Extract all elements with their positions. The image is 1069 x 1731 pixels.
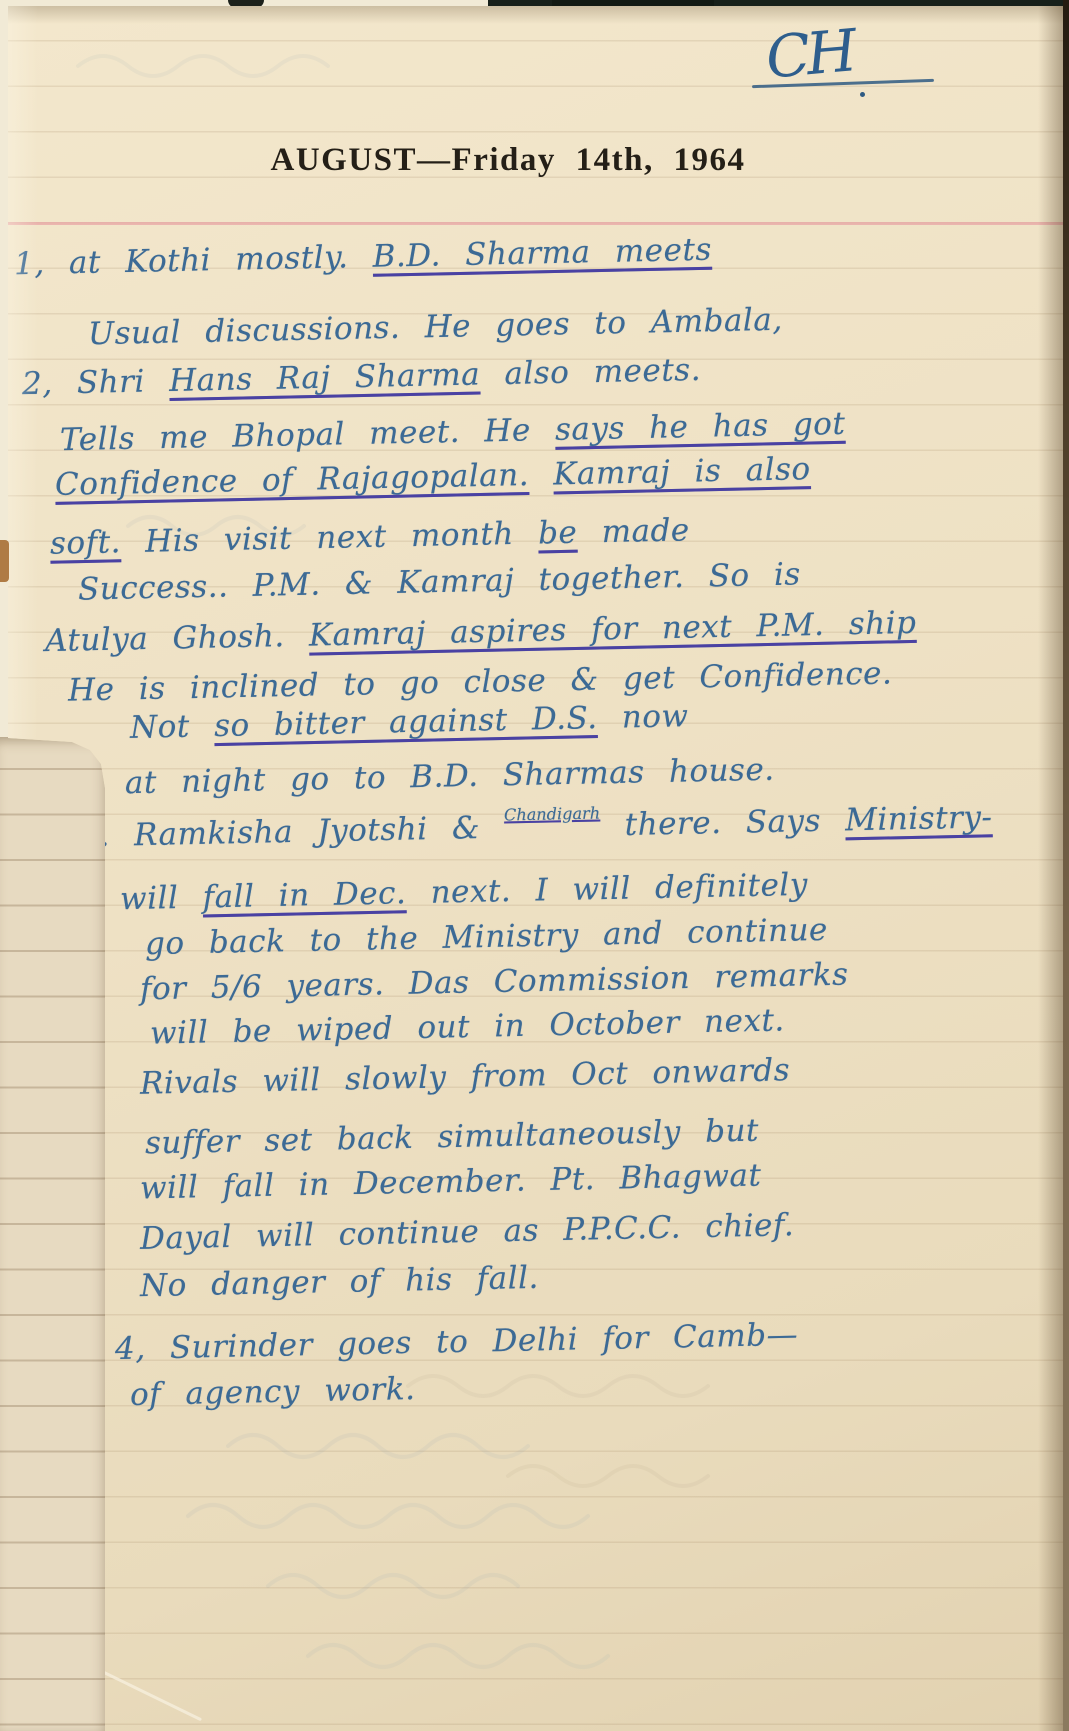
diary-entry: 1, at Kothi mostly. B.D. Sharma meetsUsu…: [8, 6, 1064, 1731]
handwriting-segment: there. Says: [600, 802, 846, 843]
diary-page-scan: AUGUST—Friday 14th, 1964 CH 1, at Kothi …: [0, 0, 1069, 1731]
handwriting-segment: Success.. P.M. & Kamraj together. So is: [78, 556, 801, 607]
handwriting-segment: Kamraj is also: [553, 451, 811, 492]
handwriting-segment: Tells me Bhopal meet. He: [60, 412, 556, 458]
handwriting-line: 2, Shri Hans Raj Sharma also meets.: [22, 350, 702, 404]
handwriting-line: 4, Surinder goes to Delhi for Camb—: [115, 1315, 799, 1369]
handwriting-segment: His visit next month: [121, 515, 539, 560]
handwriting-segment: go back to the Ministry and continue: [145, 912, 828, 962]
handwriting-segment: for 5/6 years. Das Commission remarks: [140, 957, 849, 1008]
handwriting-segment: now: [597, 698, 689, 736]
underlying-page-corner: [0, 737, 112, 1731]
handwriting-segment: Not: [130, 708, 215, 746]
handwriting-segment: Ministry-: [845, 799, 993, 838]
handwriting-segment: will be wiped out in October next.: [150, 1002, 785, 1051]
handwriting-line: Atulya Ghosh. Kamraj aspires for next P.…: [45, 603, 917, 661]
handwriting-line: Pt. Ramkisha Jyotshi & Chandigarh there.…: [65, 797, 993, 861]
handwriting-line: 3, at night go to B.D. Sharmas house.: [70, 750, 775, 805]
handwriting-segment: be: [538, 515, 578, 552]
handwriting-segment: suffer set back simultaneously but: [145, 1113, 760, 1162]
handwriting-line: Dayal will continue as P.P.C.C. chief.: [140, 1205, 795, 1259]
handwriting-segment: 1, at Kothi mostly.: [14, 239, 373, 283]
handwriting-line: will fall in Dec. next. I will definitel…: [120, 865, 809, 919]
handwriting-segment: B.D. Sharma meets: [372, 232, 712, 275]
handwriting-segment: Hans Raj Sharma: [169, 357, 481, 400]
handwriting-line: soft. His visit next month be made: [50, 510, 690, 563]
handwriting-segment: made: [577, 512, 690, 550]
binding-tape-mark: [0, 540, 9, 582]
handwriting-line: of agency work.: [130, 1369, 416, 1415]
handwriting-superscript: Chandigarh: [504, 804, 601, 825]
handwriting-segment: Usual discussions. He goes to Ambala,: [88, 302, 783, 353]
handwriting-segment: also meets.: [480, 352, 702, 393]
handwriting-segment: 4, Surinder goes to Delhi for Camb—: [115, 1317, 799, 1367]
handwriting-segment: Confidence of Rajagopalan.: [55, 457, 530, 503]
handwriting-line: suffer set back simultaneously but: [145, 1111, 760, 1164]
handwriting-segment: Dayal will continue as P.P.C.C. chief.: [140, 1207, 795, 1257]
handwriting-segment: will fall in December. Pt. Bhagwat: [140, 1157, 762, 1206]
handwriting-segment: Rivals will slowly from Oct onwards: [140, 1052, 791, 1102]
handwriting-segment: so bitter against D.S.: [214, 700, 598, 744]
handwriting-segment: No danger of his fall.: [140, 1260, 540, 1304]
handwriting-line: will fall in December. Pt. Bhagwat: [140, 1155, 762, 1208]
handwriting-segment: of agency work.: [130, 1371, 416, 1413]
handwriting-segment: says he has got: [555, 406, 846, 448]
diary-page: AUGUST—Friday 14th, 1964 CH 1, at Kothi …: [8, 6, 1064, 1731]
handwriting-segment: 2, Shri: [22, 363, 170, 402]
handwriting-segment: Atulya Ghosh.: [45, 618, 310, 660]
handwriting-segment: will: [120, 879, 203, 917]
handwriting-line: Success.. P.M. & Kamraj together. So is: [78, 554, 801, 609]
handwriting-segment: 3, at night go to B.D. Sharmas house.: [70, 752, 775, 803]
handwriting-segment: soft.: [50, 524, 122, 561]
handwriting-segment: [529, 456, 554, 493]
handwriting-segment: Pt. Ramkisha Jyotshi &: [65, 810, 505, 855]
handwriting-line: 1, at Kothi mostly. B.D. Sharma meets: [14, 230, 713, 285]
handwriting-segment: Kamraj aspires for next P.M. ship: [309, 605, 917, 654]
book-edge-shadow: [1063, 0, 1069, 1731]
handwriting-line: will be wiped out in October next.: [150, 1000, 785, 1053]
handwriting-line: Usual discussions. He goes to Ambala,: [88, 300, 783, 355]
handwriting-segment: next. I will definitely: [406, 867, 808, 911]
handwriting-line: Rivals will slowly from Oct onwards: [140, 1050, 791, 1104]
handwriting-line: No danger of his fall.: [140, 1258, 540, 1306]
handwriting-segment: fall in Dec.: [202, 875, 406, 915]
handwriting-line: go back to the Ministry and continue: [145, 910, 829, 964]
